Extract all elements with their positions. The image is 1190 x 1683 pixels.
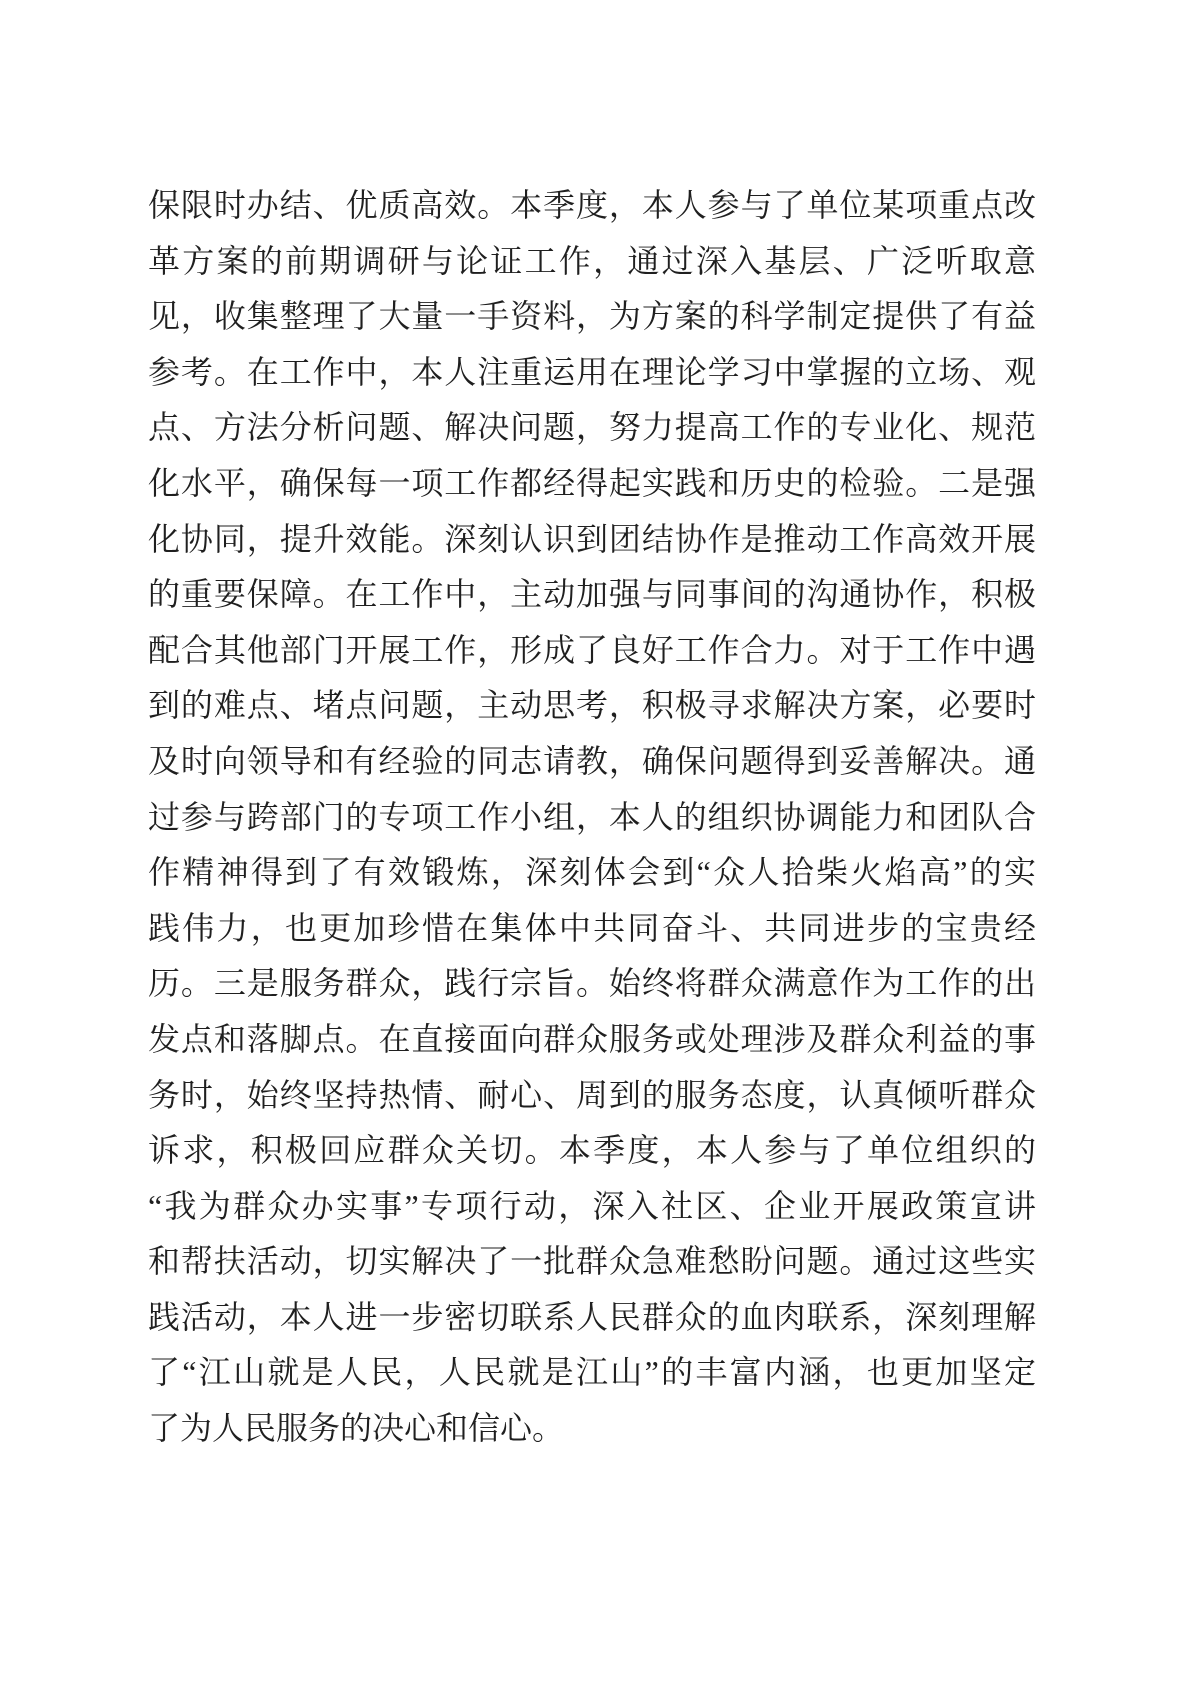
- text-line: 践活动，本人进一步密切联系人民群众的血肉联系，深刻理解: [148, 1290, 1036, 1346]
- text-line: 参考。在工作中，本人注重运用在理论学习中掌握的立场、观: [148, 345, 1036, 401]
- text-line: 务时，始终坚持热情、耐心、周到的服务态度，认真倾听群众: [148, 1068, 1036, 1124]
- text-line: 及时向领导和有经验的同志请教，确保问题得到妥善解决。通: [148, 734, 1036, 790]
- text-line: 诉求，积极回应群众关切。本季度，本人参与了单位组织的: [148, 1123, 1036, 1179]
- text-line: 和帮扶活动，切实解决了一批群众急难愁盼问题。通过这些实: [148, 1234, 1036, 1290]
- text-line: 作精神得到了有效锻炼，深刻体会到“众人拾柴火焰高”的实: [148, 845, 1036, 901]
- document-body-text: 保限时办结、优质高效。本季度，本人参与了单位某项重点改 革方案的前期调研与论证工…: [148, 178, 1036, 1457]
- document-page: 保限时办结、优质高效。本季度，本人参与了单位某项重点改 革方案的前期调研与论证工…: [0, 0, 1190, 1683]
- text-line: 见，收集整理了大量一手资料，为方案的科学制定提供了有益: [148, 289, 1036, 345]
- text-line: 践伟力，也更加珍惜在集体中共同奋斗、共同进步的宝贵经: [148, 901, 1036, 957]
- text-line: 过参与跨部门的专项工作小组，本人的组织协调能力和团队合: [148, 790, 1036, 846]
- text-line: 了“江山就是人民，人民就是江山”的丰富内涵，也更加坚定: [148, 1345, 1036, 1401]
- text-line: 化协同，提升效能。深刻认识到团结协作是推动工作高效开展: [148, 512, 1036, 568]
- text-line: 保限时办结、优质高效。本季度，本人参与了单位某项重点改: [148, 178, 1036, 234]
- text-line: 化水平，确保每一项工作都经得起实践和历史的检验。二是强: [148, 456, 1036, 512]
- text-line: 到的难点、堵点问题，主动思考，积极寻求解决方案，必要时: [148, 678, 1036, 734]
- text-line: 了为人民服务的决心和信心。: [148, 1401, 1036, 1457]
- text-line: 革方案的前期调研与论证工作，通过深入基层、广泛听取意: [148, 234, 1036, 290]
- text-line: “我为群众办实事”专项行动，深入社区、企业开展政策宣讲: [148, 1179, 1036, 1235]
- text-line: 历。三是服务群众，践行宗旨。始终将群众满意作为工作的出: [148, 956, 1036, 1012]
- text-line: 发点和落脚点。在直接面向群众服务或处理涉及群众利益的事: [148, 1012, 1036, 1068]
- text-line: 的重要保障。在工作中，主动加强与同事间的沟通协作，积极: [148, 567, 1036, 623]
- text-line: 配合其他部门开展工作，形成了良好工作合力。对于工作中遇: [148, 623, 1036, 679]
- text-line: 点、方法分析问题、解决问题，努力提高工作的专业化、规范: [148, 400, 1036, 456]
